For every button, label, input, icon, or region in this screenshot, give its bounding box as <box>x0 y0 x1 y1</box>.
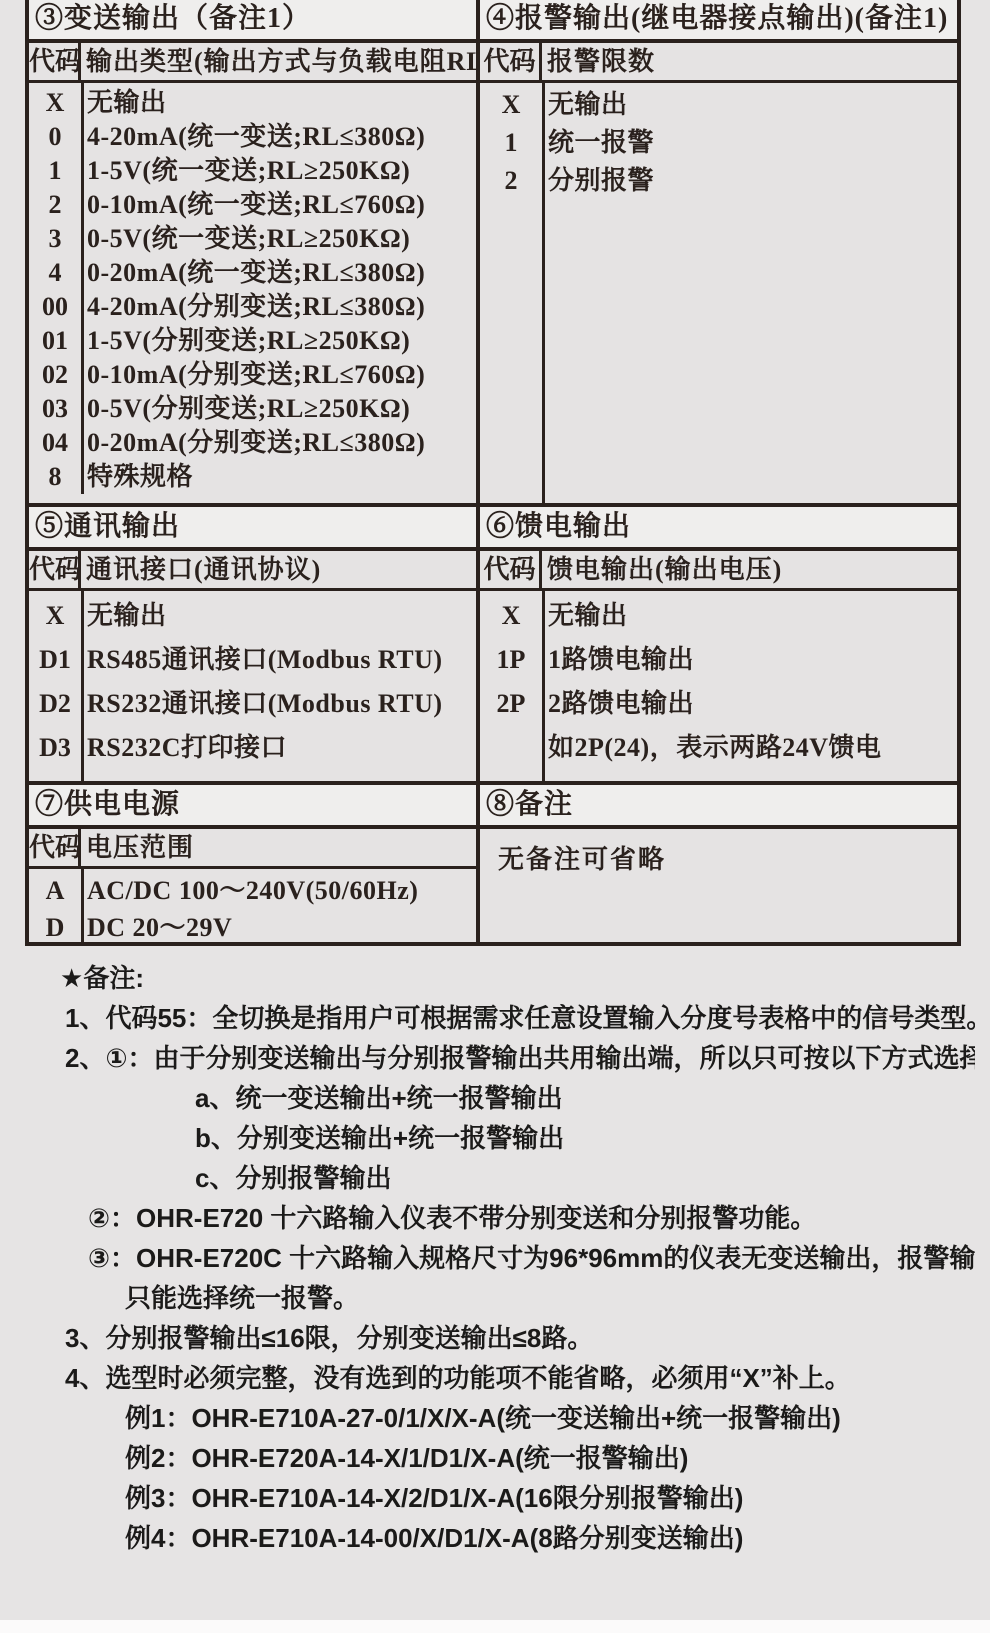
table-header: 代码 输出类型(输出方式与负载电阻RL) <box>29 43 476 83</box>
column-divider <box>81 591 84 781</box>
desc-cell: 无输出 <box>542 86 628 124</box>
table-row: 4 0-20mA(统一变送;RL≤380Ω) <box>29 256 476 290</box>
table-body: X 无输出 0 4-20mA(统一变送;RL≤380Ω) 1 1-5V(统一变送… <box>29 83 476 494</box>
note-line: 例1：OHR-E710A-27-0/1/X/X-A(统一变送输出+统一报警输出) <box>60 1398 975 1438</box>
desc-cell: 分别报警 <box>542 162 654 200</box>
desc-column-header: 电压范围 <box>81 829 194 866</box>
code-cell: 8 <box>29 460 81 494</box>
code-cell: D2 <box>29 682 81 726</box>
table-header: 代码 通讯接口(通讯协议) <box>29 551 476 591</box>
column-divider <box>81 83 84 494</box>
catalog-page: ③变送输出（备注1） 代码 输出类型(输出方式与负载电阻RL) X 无输出 0 … <box>0 0 990 1633</box>
desc-cell: 2路馈电输出 <box>542 682 694 726</box>
remarks-body: 无备注可省略 <box>480 829 957 876</box>
desc-column-header: 输出类型(输出方式与负载电阻RL) <box>81 43 476 80</box>
column-divider <box>81 869 84 942</box>
note-line: 3、分别报警输出≤16限，分别变送输出≤8路。 <box>60 1318 975 1358</box>
note-line: a、统一变送输出+统一报警输出 <box>60 1078 975 1118</box>
table-title: ④报警输出(继电器接点输出)(备注1) <box>480 0 957 43</box>
note-line: 只能选择统一报警。 <box>60 1278 975 1318</box>
desc-cell: 0-10mA(统一变送;RL≤760Ω) <box>81 188 425 222</box>
note-line: 例3：OHR-E710A-14-X/2/D1/X-A(16限分别报警输出) <box>60 1478 975 1518</box>
desc-cell: 0-20mA(统一变送;RL≤380Ω) <box>81 256 425 290</box>
note-line: 例2：OHR-E720A-14-X/1/D1/X-A(统一报警输出) <box>60 1438 975 1478</box>
code-cell: X <box>29 86 81 120</box>
code-cell <box>480 726 542 770</box>
spec-table-feed-power-output: ⑥馈电输出 代码 馈电输出(输出电压) X 无输出 1P 1路馈电输出 2P 2… <box>476 503 961 785</box>
table-row: D DC 20～29V <box>29 909 476 946</box>
table-row: X 无输出 <box>29 594 476 638</box>
column-divider <box>542 83 545 503</box>
desc-cell: 4-20mA(统一变送;RL≤380Ω) <box>81 120 425 154</box>
table-title: ⑧备注 <box>480 785 957 829</box>
table-header: 代码 报警限数 <box>480 43 957 83</box>
note-line: 例4：OHR-E710A-14-00/X/D1/X-A(8路分别变送输出) <box>60 1518 975 1558</box>
desc-cell: RS485通讯接口(Modbus RTU) <box>81 638 443 682</box>
desc-cell: 如2P(24)，表示两路24V馈电 <box>542 726 881 770</box>
page-bottom-strip <box>0 1620 990 1633</box>
code-cell: 02 <box>29 358 81 392</box>
code-cell: 04 <box>29 426 81 460</box>
table-row: 1 统一报警 <box>480 124 957 162</box>
code-cell: X <box>29 594 81 638</box>
table-row: A AC/DC 100～240V(50/60Hz) <box>29 872 476 909</box>
desc-cell: DC 20～29V <box>81 909 232 946</box>
desc-cell: 无输出 <box>81 86 167 120</box>
table-row: 2 分别报警 <box>480 162 957 200</box>
note-line: 1、代码55：全切换是指用户可根据需求任意设置输入分度号表格中的信号类型。 <box>60 998 975 1038</box>
table-header: 代码 馈电输出(输出电压) <box>480 551 957 591</box>
table-row: 00 4-20mA(分别变送;RL≤380Ω) <box>29 290 476 324</box>
table-row: 如2P(24)，表示两路24V馈电 <box>480 726 957 770</box>
note-line: ②：OHR-E720 十六路输入仪表不带分别变送和分别报警功能。 <box>60 1198 975 1238</box>
code-cell: 1 <box>29 154 81 188</box>
desc-cell: 4-20mA(分别变送;RL≤380Ω) <box>81 290 425 324</box>
spec-table-remarks: ⑧备注 无备注可省略 <box>476 781 961 946</box>
code-cell: 1P <box>480 638 542 682</box>
desc-cell: 0-5V(分别变送;RL≥250KΩ) <box>81 392 410 426</box>
table-row: 02 0-10mA(分别变送;RL≤760Ω) <box>29 358 476 392</box>
desc-cell: 无输出 <box>81 594 167 638</box>
desc-cell: RS232通讯接口(Modbus RTU) <box>81 682 443 726</box>
table-row: X 无输出 <box>29 86 476 120</box>
table-header: 代码 电压范围 <box>29 829 476 869</box>
table-title: ⑤通讯输出 <box>29 507 476 551</box>
note-line: b、分别变送输出+统一报警输出 <box>60 1118 975 1158</box>
code-cell: 00 <box>29 290 81 324</box>
code-cell: D <box>29 909 81 946</box>
desc-cell: 无输出 <box>542 594 628 638</box>
desc-cell: AC/DC 100～240V(50/60Hz) <box>81 872 418 909</box>
code-cell: 2P <box>480 682 542 726</box>
code-column-header: 代码 <box>480 551 542 588</box>
code-column-header: 代码 <box>480 43 542 80</box>
code-cell: 2 <box>480 162 542 200</box>
notes-heading: ★备注: <box>60 958 975 998</box>
spec-table-alarm-output: ④报警输出(继电器接点输出)(备注1) 代码 报警限数 X 无输出 1 统一报警… <box>476 0 961 507</box>
table-row: 2P 2路馈电输出 <box>480 682 957 726</box>
table-body: X 无输出 1P 1路馈电输出 2P 2路馈电输出 如2P(24)，表示两路24… <box>480 591 957 781</box>
code-cell: X <box>480 86 542 124</box>
spec-table-power-supply: ⑦供电电源 代码 电压范围 A AC/DC 100～240V(50/60Hz) … <box>25 781 480 946</box>
code-cell: A <box>29 872 81 909</box>
table-body: A AC/DC 100～240V(50/60Hz) D DC 20～29V <box>29 869 476 942</box>
table-row: 2 0-10mA(统一变送;RL≤760Ω) <box>29 188 476 222</box>
note-line: ③：OHR-E720C 十六路输入规格尺寸为96*96mm的仪表无变送输出，报警… <box>60 1238 975 1278</box>
code-cell: 01 <box>29 324 81 358</box>
table-row: X 无输出 <box>480 86 957 124</box>
desc-cell: 0-10mA(分别变送;RL≤760Ω) <box>81 358 425 392</box>
code-cell: 03 <box>29 392 81 426</box>
notes-section: ★备注: 1、代码55：全切换是指用户可根据需求任意设置输入分度号表格中的信号类… <box>60 958 975 1558</box>
code-cell: X <box>480 594 542 638</box>
table-row: D3 RS232C打印接口 <box>29 726 476 770</box>
code-cell: 1 <box>480 124 542 162</box>
table-row: 0 4-20mA(统一变送;RL≤380Ω) <box>29 120 476 154</box>
table-row: 3 0-5V(统一变送;RL≥250KΩ) <box>29 222 476 256</box>
desc-column-header: 馈电输出(输出电压) <box>542 551 782 588</box>
table-row: D2 RS232通讯接口(Modbus RTU) <box>29 682 476 726</box>
table-row: X 无输出 <box>480 594 957 638</box>
code-column-header: 代码 <box>29 829 81 866</box>
table-row: 1P 1路馈电输出 <box>480 638 957 682</box>
table-row: 04 0-20mA(分别变送;RL≤380Ω) <box>29 426 476 460</box>
desc-cell: 特殊规格 <box>81 460 193 494</box>
table-body: X 无输出 1 统一报警 2 分别报警 <box>480 83 957 503</box>
note-line: c、分别报警输出 <box>60 1158 975 1198</box>
desc-cell: 统一报警 <box>542 124 654 162</box>
spec-table-transmission-output: ③变送输出（备注1） 代码 输出类型(输出方式与负载电阻RL) X 无输出 0 … <box>25 0 480 507</box>
table-row: D1 RS485通讯接口(Modbus RTU) <box>29 638 476 682</box>
table-row: 01 1-5V(分别变送;RL≥250KΩ) <box>29 324 476 358</box>
desc-cell: 1-5V(分别变送;RL≥250KΩ) <box>81 324 410 358</box>
table-row: 1 1-5V(统一变送;RL≥250KΩ) <box>29 154 476 188</box>
desc-cell: RS232C打印接口 <box>81 726 287 770</box>
note-line: 4、选型时必须完整，没有选到的功能项不能省略，必须用“X”补上。 <box>60 1358 975 1398</box>
code-cell: 0 <box>29 120 81 154</box>
desc-cell: 1-5V(统一变送;RL≥250KΩ) <box>81 154 410 188</box>
code-cell: 3 <box>29 222 81 256</box>
desc-column-header: 报警限数 <box>542 43 655 80</box>
table-title: ⑥馈电输出 <box>480 507 957 551</box>
table-title: ⑦供电电源 <box>29 785 476 829</box>
code-column-header: 代码 <box>29 43 81 80</box>
desc-cell: 0-20mA(分别变送;RL≤380Ω) <box>81 426 425 460</box>
code-column-header: 代码 <box>29 551 81 588</box>
spec-table-communication-output: ⑤通讯输出 代码 通讯接口(通讯协议) X 无输出 D1 RS485通讯接口(M… <box>25 503 480 785</box>
table-body: X 无输出 D1 RS485通讯接口(Modbus RTU) D2 RS232通… <box>29 591 476 781</box>
table-title: ③变送输出（备注1） <box>29 0 476 43</box>
table-row: 8 特殊规格 <box>29 460 476 494</box>
table-row: 03 0-5V(分别变送;RL≥250KΩ) <box>29 392 476 426</box>
code-cell: D3 <box>29 726 81 770</box>
desc-cell: 1路馈电输出 <box>542 638 694 682</box>
desc-cell: 0-5V(统一变送;RL≥250KΩ) <box>81 222 410 256</box>
desc-column-header: 通讯接口(通讯协议) <box>81 551 321 588</box>
star-icon: ★ <box>60 963 83 993</box>
notes-heading-label: 备注: <box>83 963 144 993</box>
column-divider <box>542 591 545 781</box>
code-cell: 4 <box>29 256 81 290</box>
note-line: 2、①：由于分别变送输出与分别报警输出共用输出端，所以只可按以下方式选择： <box>60 1038 975 1078</box>
code-cell: 2 <box>29 188 81 222</box>
code-cell: D1 <box>29 638 81 682</box>
